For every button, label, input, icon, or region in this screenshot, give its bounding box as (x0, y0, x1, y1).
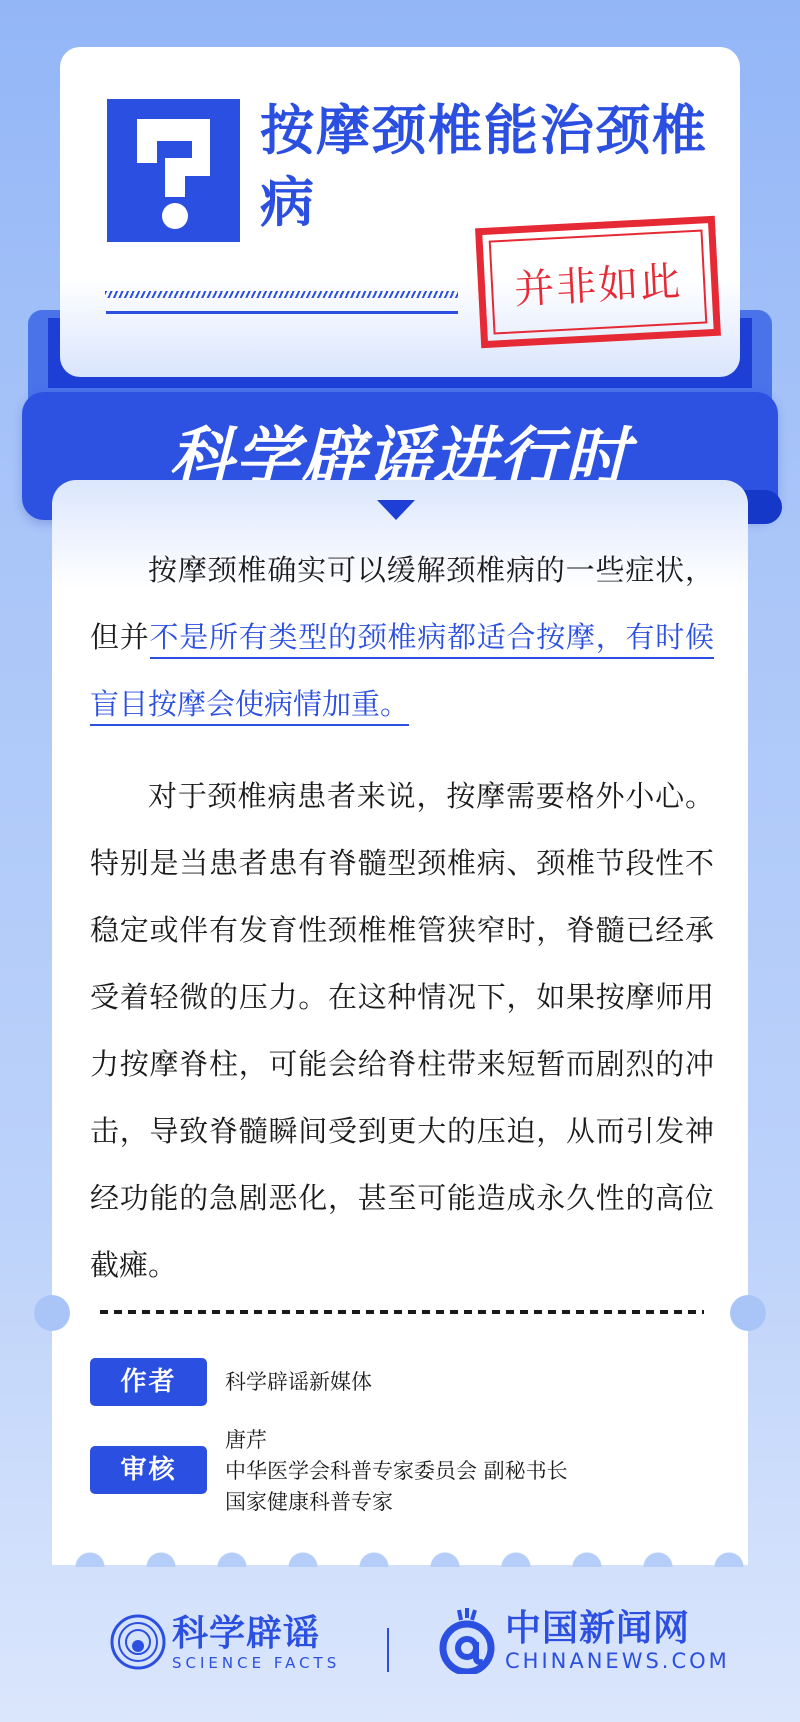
paragraph-2: 对于颈椎病患者来说，按摩需要格外小心。特别是当患者患有脊髓型颈椎病、颈椎节段性不… (90, 763, 714, 1299)
science-facts-logo-cn: 科学辟谣 (172, 1614, 340, 1654)
paragraph-1: 按摩颈椎确实可以缓解颈椎病的一些症状，但并不是所有类型的颈椎病都适合按摩，有时候… (90, 537, 714, 738)
reviewer-info: 唐芹 中华医学会科普专家委员会 副秘书长 国家健康科普专家 (225, 1425, 568, 1518)
ticket-notch-right (730, 1295, 766, 1331)
science-facts-emblem-icon (110, 1612, 166, 1674)
reviewer-honor: 国家健康科普专家 (225, 1487, 568, 1518)
chinanews-logo: 中国新闻网 CHINANEWS.COM (437, 1608, 730, 1674)
reviewer-name: 唐芹 (225, 1425, 568, 1456)
science-facts-logo: 科学辟谣 SCIENCE FACTS (110, 1612, 340, 1674)
chinanews-logo-cn: 中国新闻网 (505, 1609, 730, 1649)
at-sign-icon (437, 1608, 499, 1674)
ticket-notch-left (34, 1295, 70, 1331)
footer: 科学辟谣 SCIENCE FACTS 中国新闻网 CHINANEWS.COM (0, 1600, 800, 1700)
science-facts-logo-en: SCIENCE FACTS (172, 1654, 340, 1672)
dashed-divider (100, 1310, 704, 1314)
stamp-inner-border (489, 229, 708, 334)
author-badge: 作者 (90, 1358, 207, 1406)
paragraph-1-highlight: 不是所有类型的颈椎病都适合按摩，有时候盲目按摩会使病情加重。 (90, 620, 714, 726)
logo-divider (387, 1628, 389, 1672)
article-card: 按摩颈椎确实可以缓解颈椎病的一些症状，但并不是所有类型的颈椎病都适合按摩，有时候… (52, 480, 748, 1565)
header-card: 按摩颈椎能治颈椎病 并非如此 (60, 47, 740, 377)
author-value: 科学辟谣新媒体 (225, 1367, 372, 1398)
page-title: 按摩颈椎能治颈椎病 (260, 95, 720, 239)
reviewer-badge: 审核 (90, 1446, 207, 1494)
chinanews-logo-en: CHINANEWS.COM (505, 1649, 730, 1673)
scalloped-edge (52, 1539, 748, 1567)
question-mark-icon (107, 99, 240, 242)
verdict-stamp: 并非如此 (475, 216, 721, 348)
triangle-down-icon (377, 500, 415, 520)
title-underline (106, 311, 458, 314)
hatch-decoration (105, 291, 458, 298)
reviewer-title: 中华医学会科普专家委员会 副秘书长 (225, 1456, 568, 1487)
